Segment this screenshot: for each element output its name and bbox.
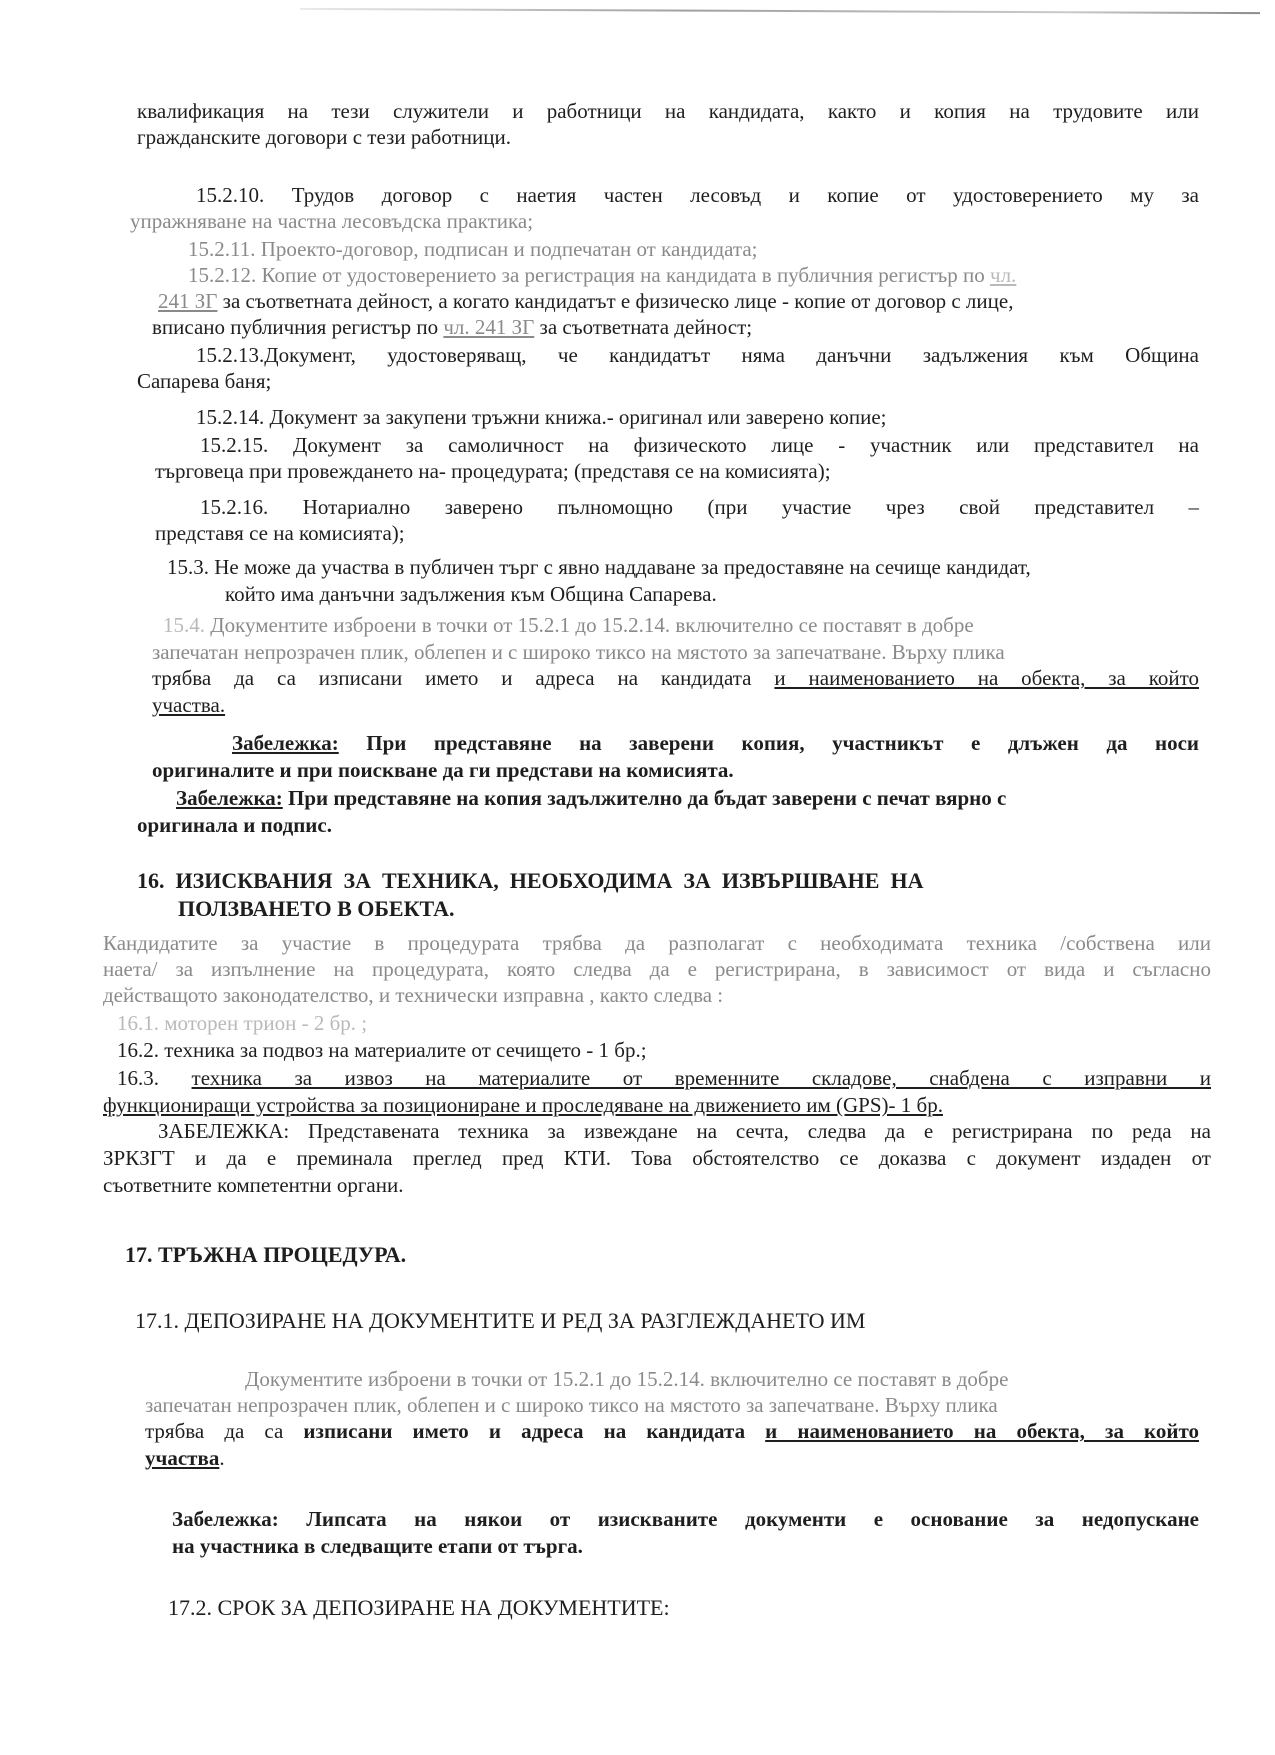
section-17-1-note: Забележка: Липсата на някои от изисквани… <box>172 1506 1199 1532</box>
intro-line-2: гражданските договори с тези работници. <box>137 124 511 150</box>
item-15-4-cont3: участва. <box>152 692 225 718</box>
law-link[interactable]: чл. 241 ЗГ <box>443 315 534 339</box>
item-15-2-13-cont: Сапарева баня; <box>137 368 271 394</box>
section-16-intro-cont: наета/ за изпълнение на процедурата, коя… <box>103 956 1211 982</box>
item-15-2-16-cont: представя се на комисията); <box>155 520 405 546</box>
item-15-2-12: 15.2.12. Копие от удостоверението за рег… <box>188 262 1016 288</box>
item-15-2-10-cont: упражняване на частна лесовъдска практик… <box>130 208 533 234</box>
item-16-2: 16.2. техника за подвоз на материалите о… <box>117 1037 647 1063</box>
item-16-1: 16.1. моторен трион - 2 бр. ; <box>117 1010 367 1036</box>
section-17-1-para-cont: запечатан непрозрачен плик, облепен и с … <box>145 1392 998 1418</box>
item-15-2-16: 15.2.16. Нотариално заверено пълномощно … <box>200 494 1199 520</box>
note-2: Забележка: При представяне на копия задъ… <box>176 785 1006 811</box>
item-15-4-cont: запечатан непрозрачен плик, облепен и с … <box>152 639 1005 665</box>
note-2-cont: оригинала и подпис. <box>137 812 332 838</box>
item-15-2-15-cont: търговеца при провеждането на- процедура… <box>155 458 831 484</box>
item-15-3-cont: който има данъчни задължения към Община … <box>225 581 717 607</box>
note-1: Забележка: При представяне на заверени к… <box>232 730 1199 756</box>
item-15-4: 15.4. Документите изброени в точки от 15… <box>163 612 974 638</box>
section-16-intro-cont2: действащото законодателство, и техническ… <box>103 982 723 1008</box>
section-17-1-para-cont3: участва. <box>145 1445 225 1471</box>
item-16-3-cont: функциониращи устройства за позициониран… <box>103 1092 943 1118</box>
section-17-1-para-cont2: трябва да са изписани името и адреса на … <box>145 1418 1199 1444</box>
section-17-1-para: Документите изброени в точки от 15.2.1 д… <box>245 1366 1008 1392</box>
note-label: Забележка: <box>232 731 339 755</box>
section-17-heading: 17. ТРЪЖНА ПРОЦЕДУРА. <box>125 1242 406 1268</box>
item-15-2-10: 15.2.10. Трудов договор с наетия частен … <box>196 182 1199 208</box>
item-16-3: 16.3. техника за извоз на материалите от… <box>117 1065 1211 1091</box>
law-link[interactable]: чл. <box>990 263 1016 287</box>
section-16-note-cont: ЗРКЗГТ и да е преминала преглед пред КТИ… <box>103 1145 1211 1171</box>
item-15-2-13: 15.2.13.Документ, удостоверяващ, че канд… <box>196 342 1199 368</box>
note-1-cont: оригиналите и при поискване да ги предст… <box>152 757 734 783</box>
scan-edge-line <box>300 8 1260 14</box>
section-16-intro: Кандидатите за участие в процедурата тря… <box>103 930 1211 956</box>
item-15-3: 15.3. Не може да участва в публичен търг… <box>167 554 1031 580</box>
note-label: Забележка: <box>176 786 283 810</box>
note-label: Забележка: <box>172 1507 279 1531</box>
section-17-1-note-cont: на участника в следващите етапи от търга… <box>172 1533 583 1559</box>
item-15-2-15: 15.2.15. Документ за самоличност на физи… <box>200 432 1199 458</box>
section-17-2-heading: 17.2. СРОК ЗА ДЕПОЗИРАНЕ НА ДОКУМЕНТИТЕ: <box>168 1595 670 1621</box>
item-15-2-12-cont2: вписано публичния регистър по чл. 241 ЗГ… <box>152 314 752 340</box>
section-17-1-heading: 17.1. ДЕПОЗИРАНЕ НА ДОКУМЕНТИТЕ И РЕД ЗА… <box>135 1308 865 1334</box>
section-16-note-cont2: съответните компетентни органи. <box>103 1172 403 1198</box>
law-link[interactable]: 241 ЗГ <box>158 289 217 313</box>
section-16-note: ЗАБЕЛЕЖКА: Представената техника за изве… <box>158 1118 1211 1144</box>
item-15-2-12-cont: 241 ЗГ за съответната дейност, а когато … <box>158 288 1013 314</box>
intro-line-1: квалификация на тези служители и работни… <box>137 98 1199 124</box>
item-15-2-11: 15.2.11. Проекто-договор, подписан и под… <box>188 236 758 262</box>
item-15-4-cont2: трябва да са изписани името и адреса на … <box>152 665 1199 691</box>
item-15-2-14: 15.2.14. Документ за закупени тръжни кни… <box>196 404 887 430</box>
section-16-heading: 16. ИЗИСКВАНИЯ ЗА ТЕХНИКА, НЕОБХОДИМА ЗА… <box>137 868 1217 894</box>
section-16-heading-cont: ПОЛЗВАНЕТО В ОБЕКТА. <box>178 896 455 922</box>
